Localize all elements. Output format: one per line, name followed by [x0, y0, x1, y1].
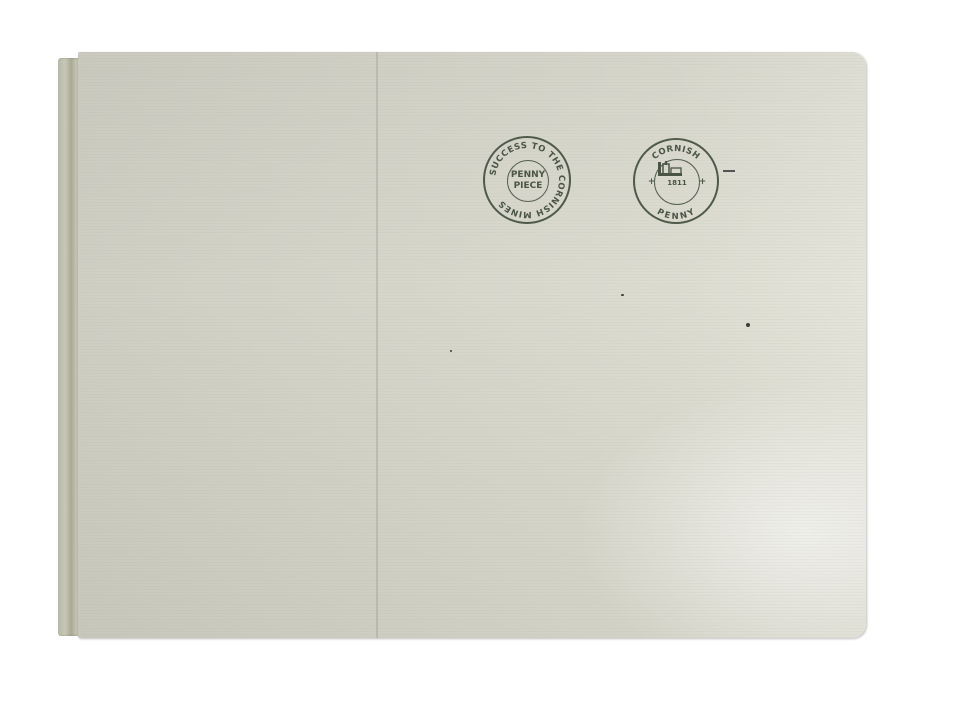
book: SUCCESS TO THE CORNISH MINES PENNY PIECE…	[58, 52, 866, 638]
stamp-inner-line2: PIECE	[514, 181, 543, 192]
book-cover: SUCCESS TO THE CORNISH MINES PENNY PIECE…	[78, 52, 866, 638]
cover-speck	[621, 294, 624, 296]
stamp-inner-circle: 1811	[654, 159, 700, 205]
svg-text:PENNY: PENNY	[655, 207, 697, 222]
cover-speck	[746, 323, 750, 327]
pencil-mark	[723, 170, 735, 172]
stamp-inner-line1: PENNY	[511, 170, 545, 181]
cover-speck	[450, 350, 452, 352]
stamp-cornish-penny: CORNISH PENNY + + 1811	[633, 138, 719, 224]
svg-text:+: +	[699, 177, 707, 187]
stamp-inner-circle: PENNY PIECE	[507, 160, 549, 202]
stamp-success-to-cornish-mines: SUCCESS TO THE CORNISH MINES PENNY PIECE	[483, 136, 571, 224]
mine-engine-house-icon	[655, 160, 685, 178]
cover-seam	[376, 52, 378, 638]
stamp-year: 1811	[667, 179, 686, 187]
